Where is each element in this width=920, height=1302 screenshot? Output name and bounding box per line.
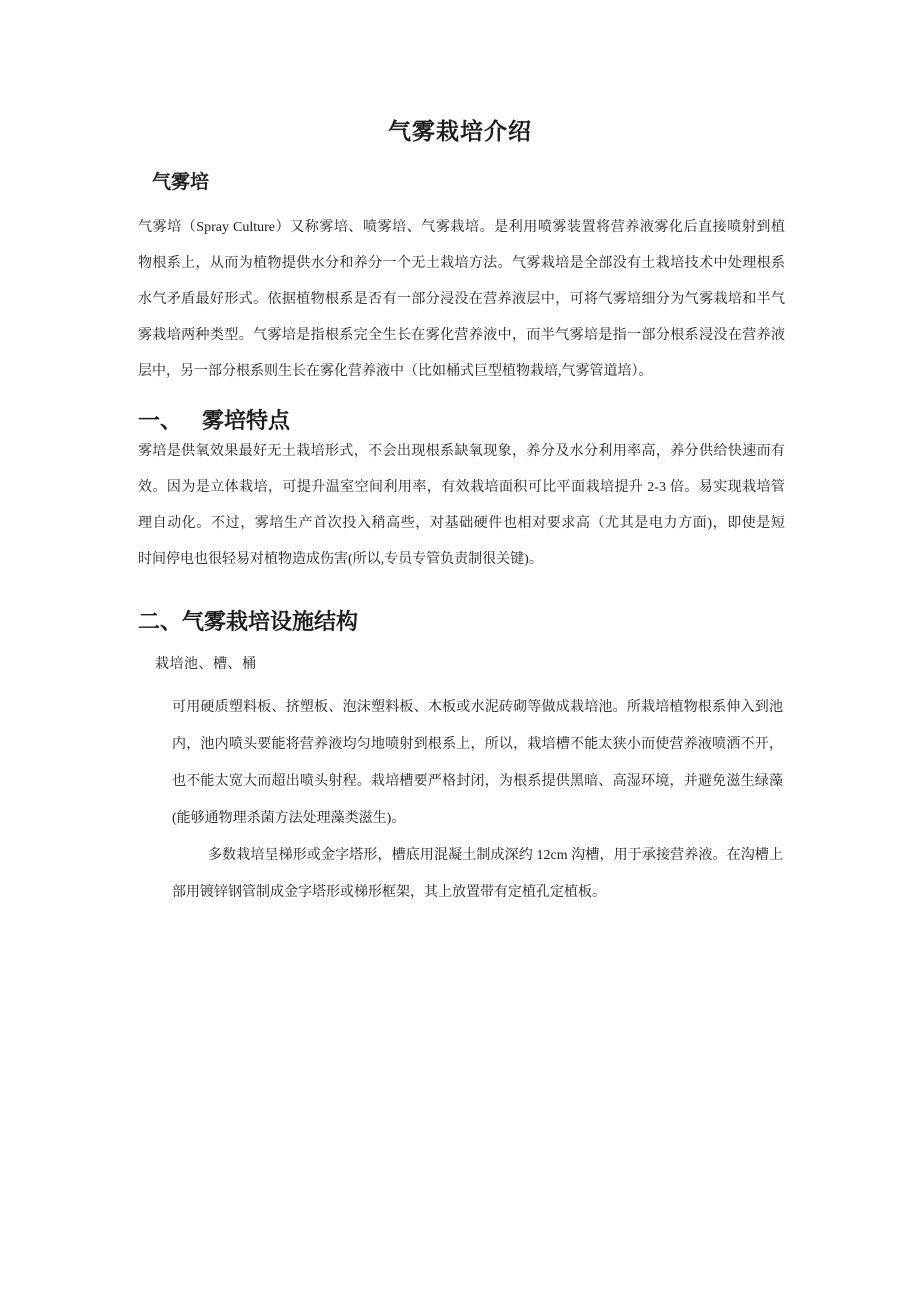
paragraph-line: 也不能太宽大而超出喷头射程。栽培槽要严格封闭，为根系提供黑暗、高湿环境，并避免滋… [172,763,783,800]
section1-number: 一、 [138,408,182,433]
paragraph-line: 效。因为是立体栽培，可提升温室空间利用率，有效栽培面积可比平面栽培提升 2-3 … [138,470,785,506]
section2-heading: 二、气雾栽培设施结构 [138,608,358,635]
paragraph-line: 部用镀锌钢管制成金字塔形或梯形框架，其上放置带有定植孔定植板。 [172,874,783,911]
paragraph-features: 雾培是供氧效果最好无土栽培形式，不会出现根系缺氧现象，养分及水分利用率高，养分供… [138,434,785,578]
section1-heading: 一、雾培特点 [138,407,290,434]
section2-subheading: 栽培池、槽、桶 [155,654,257,676]
paragraph-line: 可用硬质塑料板、挤塑板、泡沫塑料板、木板或水泥砖砌等做成栽培池。所栽培植物根系伸… [172,689,783,726]
intro-heading: 气雾培 [152,171,209,195]
paragraph-line: 气雾培（Spray Culture）又称雾培、喷雾培、气雾栽培。是利用喷雾装置将… [138,210,785,246]
paragraph-line: 雾培是供氧效果最好无土栽培形式，不会出现根系缺氧现象，养分及水分利用率高，养分供… [138,434,785,470]
document-title: 气雾栽培介绍 [0,117,920,147]
paragraph-line: 时间停电也很轻易对植物造成伤害(所以,专员专管负责制很关键)。 [138,542,785,578]
paragraph-line: 物根系上，从而为植物提供水分和养分一个无土栽培方法。气雾栽培是全部没有土栽培技术… [138,246,785,282]
paragraph-intro: 气雾培（Spray Culture）又称雾培、喷雾培、气雾栽培。是利用喷雾装置将… [138,210,785,390]
paragraph-line: 多数栽培呈梯形或金字塔形，槽底用混凝土制成深约 12cm 沟槽，用于承接营养液。… [172,837,783,874]
document-page: 气雾栽培介绍 气雾培 气雾培（Spray Culture）又称雾培、喷雾培、气雾… [0,0,920,1302]
paragraph-line: 雾栽培两种类型。气雾培是指根系完全生长在雾化营养液中，而半气雾培是指一部分根系浸… [138,318,785,354]
paragraph-structure: 可用硬质塑料板、挤塑板、泡沫塑料板、木板或水泥砖砌等做成栽培池。所栽培植物根系伸… [172,689,783,911]
section1-title: 雾培特点 [202,408,290,433]
paragraph-line: 层中，另一部分根系则生长在雾化营养液中（比如桶式巨型植物栽培,气雾管道培）。 [138,354,785,390]
paragraph-line: 内，池内喷头要能将营养液均匀地喷射到根系上，所以，栽培槽不能太狭小而使营养液喷洒… [172,726,783,763]
paragraph-line: 水气矛盾最好形式。依据植物根系是否有一部分浸没在营养液层中，可将气雾培细分为气雾… [138,282,785,318]
paragraph-line: (能够通物理杀菌方法处理藻类滋生)。 [172,800,783,837]
paragraph-line: 理自动化。不过，雾培生产首次投入稍高些，对基础硬件也相对要求高（尤其是电力方面)… [138,506,785,542]
